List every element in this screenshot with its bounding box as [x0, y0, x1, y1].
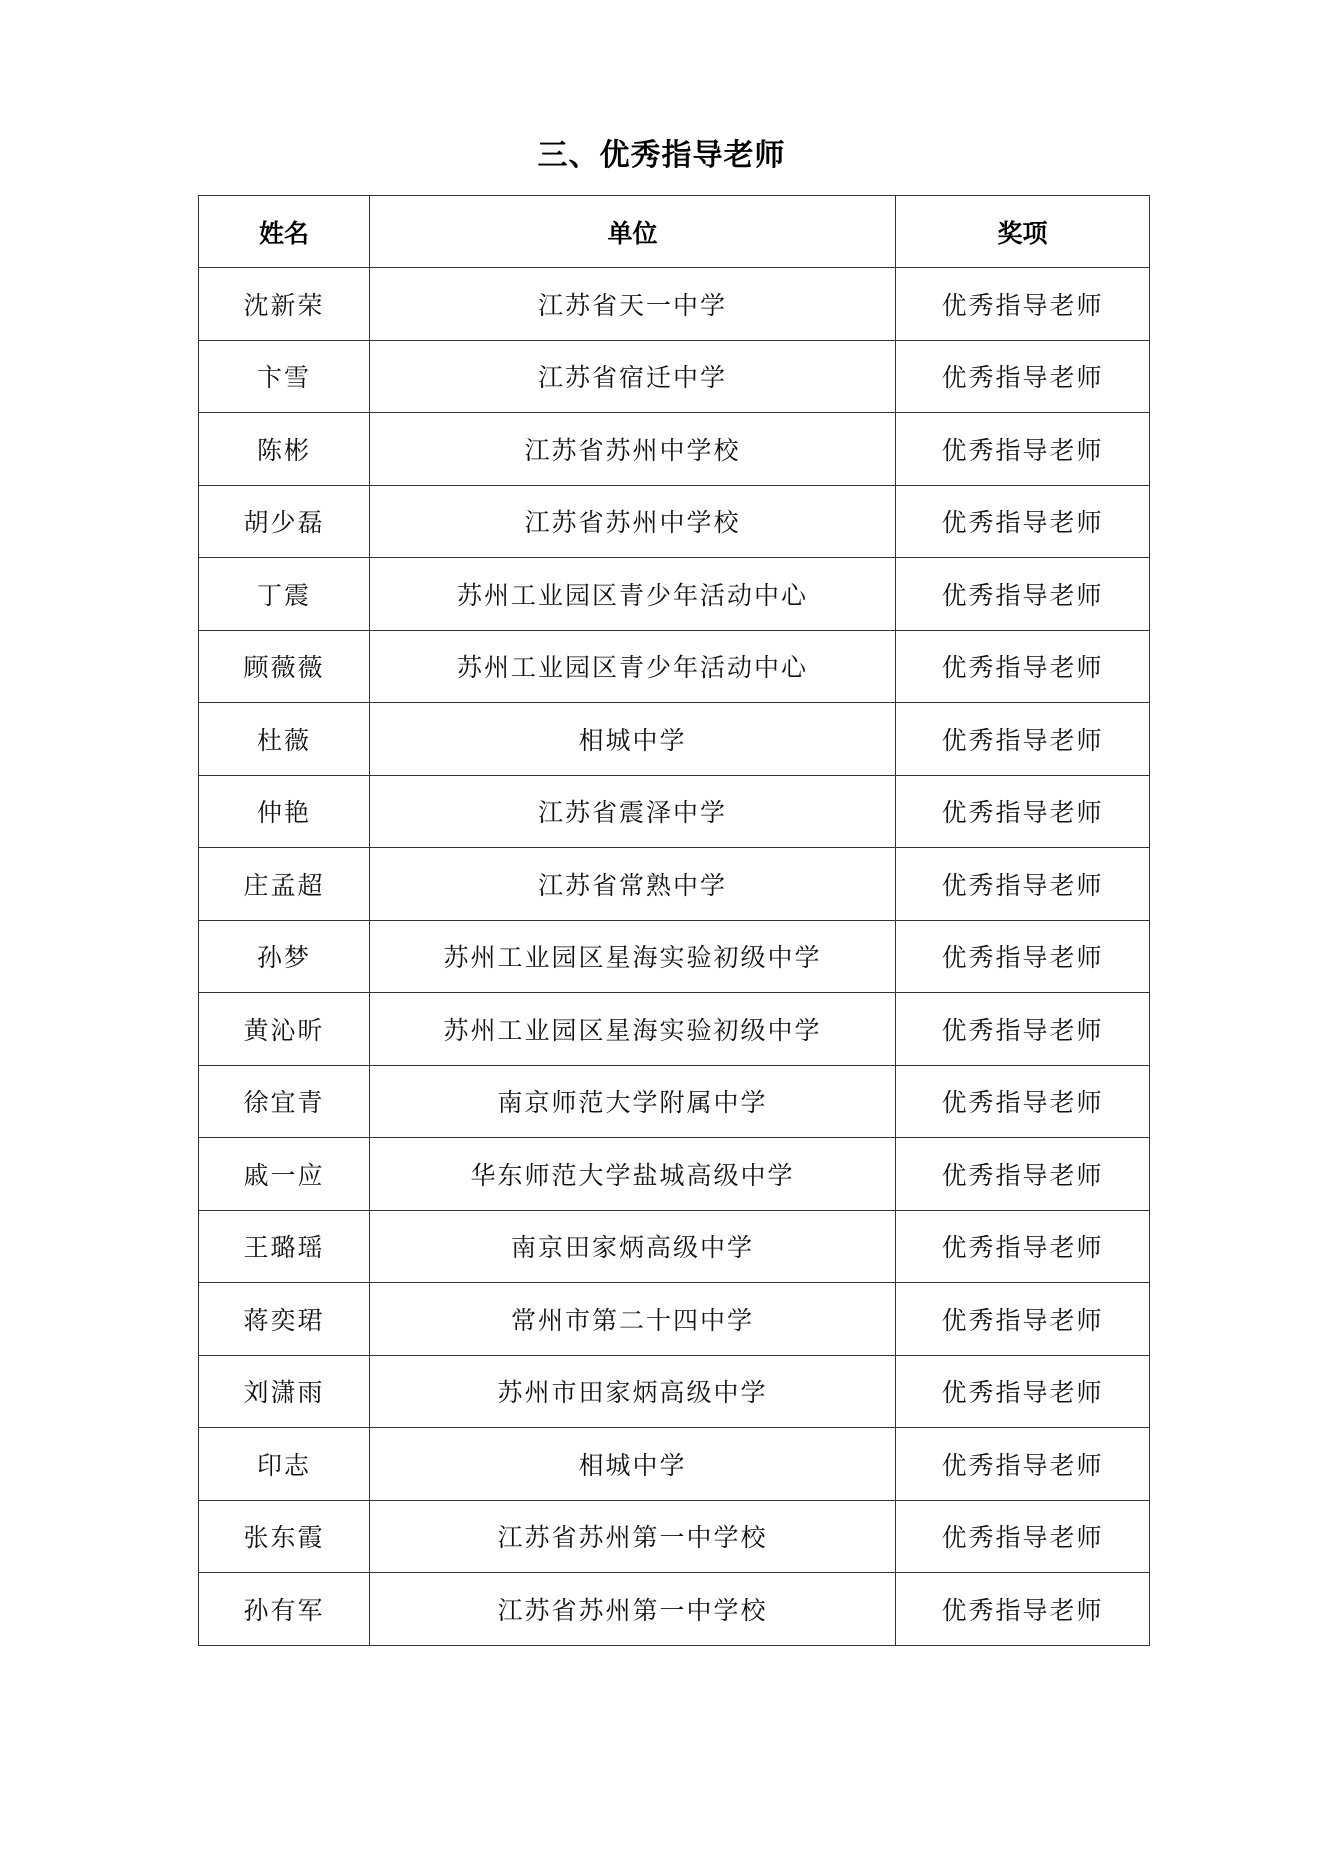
cell-unit: 江苏省天一中学 [370, 268, 896, 341]
table-header-row: 姓名 单位 奖项 [199, 196, 1150, 268]
cell-name: 杜薇 [199, 703, 370, 776]
cell-name: 庄孟超 [199, 848, 370, 921]
cell-award: 优秀指导老师 [896, 993, 1150, 1066]
table-row: 印志 相城中学 优秀指导老师 [199, 1428, 1150, 1501]
cell-name: 卞雪 [199, 340, 370, 413]
cell-award: 优秀指导老师 [896, 1283, 1150, 1356]
cell-award: 优秀指导老师 [896, 1138, 1150, 1211]
table-row: 丁震 苏州工业园区青少年活动中心 优秀指导老师 [199, 558, 1150, 631]
cell-name: 沈新荣 [199, 268, 370, 341]
cell-award: 优秀指导老师 [896, 1428, 1150, 1501]
cell-name: 丁震 [199, 558, 370, 631]
table-row: 孙有军 江苏省苏州第一中学校 优秀指导老师 [199, 1573, 1150, 1646]
cell-award: 优秀指导老师 [896, 413, 1150, 486]
header-award: 奖项 [896, 196, 1150, 268]
cell-award: 优秀指导老师 [896, 1210, 1150, 1283]
cell-name: 黄沁昕 [199, 993, 370, 1066]
table-row: 徐宜青 南京师范大学附属中学 优秀指导老师 [199, 1065, 1150, 1138]
table-row: 陈彬 江苏省苏州中学校 优秀指导老师 [199, 413, 1150, 486]
cell-unit: 苏州工业园区星海实验初级中学 [370, 993, 896, 1066]
cell-name: 徐宜青 [199, 1065, 370, 1138]
table-row: 张东霞 江苏省苏州第一中学校 优秀指导老师 [199, 1500, 1150, 1573]
cell-name: 仲艳 [199, 775, 370, 848]
cell-unit: 常州市第二十四中学 [370, 1283, 896, 1356]
cell-name: 顾薇薇 [199, 630, 370, 703]
header-name: 姓名 [199, 196, 370, 268]
table-row: 庄孟超 江苏省常熟中学 优秀指导老师 [199, 848, 1150, 921]
cell-award: 优秀指导老师 [896, 775, 1150, 848]
cell-unit: 相城中学 [370, 1428, 896, 1501]
cell-award: 优秀指导老师 [896, 848, 1150, 921]
table-row: 王璐瑶 南京田家炳高级中学 优秀指导老师 [199, 1210, 1150, 1283]
document-page: 三、优秀指导老师 姓名 单位 奖项 沈新荣 江苏省天一中学 优秀指导老师 卞雪 … [0, 0, 1323, 1871]
table-row: 蒋奕珺 常州市第二十四中学 优秀指导老师 [199, 1283, 1150, 1356]
cell-award: 优秀指导老师 [896, 1065, 1150, 1138]
cell-unit: 江苏省震泽中学 [370, 775, 896, 848]
cell-award: 优秀指导老师 [896, 630, 1150, 703]
cell-name: 刘潇雨 [199, 1355, 370, 1428]
table-row: 胡少磊 江苏省苏州中学校 优秀指导老师 [199, 485, 1150, 558]
cell-name: 胡少磊 [199, 485, 370, 558]
table-row: 仲艳 江苏省震泽中学 优秀指导老师 [199, 775, 1150, 848]
cell-unit: 苏州工业园区星海实验初级中学 [370, 920, 896, 993]
section-title: 三、优秀指导老师 [0, 136, 1323, 176]
cell-name: 张东霞 [199, 1500, 370, 1573]
cell-award: 优秀指导老师 [896, 485, 1150, 558]
cell-award: 优秀指导老师 [896, 1500, 1150, 1573]
cell-unit: 相城中学 [370, 703, 896, 776]
cell-unit: 江苏省常熟中学 [370, 848, 896, 921]
cell-award: 优秀指导老师 [896, 340, 1150, 413]
award-table: 姓名 单位 奖项 沈新荣 江苏省天一中学 优秀指导老师 卞雪 江苏省宿迁中学 优… [198, 195, 1150, 1646]
cell-award: 优秀指导老师 [896, 268, 1150, 341]
table-row: 孙梦 苏州工业园区星海实验初级中学 优秀指导老师 [199, 920, 1150, 993]
table-row: 沈新荣 江苏省天一中学 优秀指导老师 [199, 268, 1150, 341]
header-unit: 单位 [370, 196, 896, 268]
table-row: 卞雪 江苏省宿迁中学 优秀指导老师 [199, 340, 1150, 413]
cell-unit: 苏州工业园区青少年活动中心 [370, 630, 896, 703]
cell-unit: 南京田家炳高级中学 [370, 1210, 896, 1283]
table-row: 黄沁昕 苏州工业园区星海实验初级中学 优秀指导老师 [199, 993, 1150, 1066]
cell-name: 戚一应 [199, 1138, 370, 1211]
cell-unit: 华东师范大学盐城高级中学 [370, 1138, 896, 1211]
cell-name: 蒋奕珺 [199, 1283, 370, 1356]
cell-name: 王璐瑶 [199, 1210, 370, 1283]
cell-unit: 苏州工业园区青少年活动中心 [370, 558, 896, 631]
cell-unit: 南京师范大学附属中学 [370, 1065, 896, 1138]
cell-unit: 江苏省苏州第一中学校 [370, 1500, 896, 1573]
cell-unit: 江苏省苏州中学校 [370, 413, 896, 486]
cell-award: 优秀指导老师 [896, 1573, 1150, 1646]
cell-award: 优秀指导老师 [896, 558, 1150, 631]
cell-name: 孙梦 [199, 920, 370, 993]
cell-unit: 江苏省宿迁中学 [370, 340, 896, 413]
cell-name: 陈彬 [199, 413, 370, 486]
cell-name: 孙有军 [199, 1573, 370, 1646]
cell-award: 优秀指导老师 [896, 920, 1150, 993]
table-row: 刘潇雨 苏州市田家炳高级中学 优秀指导老师 [199, 1355, 1150, 1428]
table-row: 戚一应 华东师范大学盐城高级中学 优秀指导老师 [199, 1138, 1150, 1211]
table-row: 顾薇薇 苏州工业园区青少年活动中心 优秀指导老师 [199, 630, 1150, 703]
cell-award: 优秀指导老师 [896, 1355, 1150, 1428]
cell-award: 优秀指导老师 [896, 703, 1150, 776]
cell-name: 印志 [199, 1428, 370, 1501]
cell-unit: 苏州市田家炳高级中学 [370, 1355, 896, 1428]
table-row: 杜薇 相城中学 优秀指导老师 [199, 703, 1150, 776]
cell-unit: 江苏省苏州第一中学校 [370, 1573, 896, 1646]
cell-unit: 江苏省苏州中学校 [370, 485, 896, 558]
